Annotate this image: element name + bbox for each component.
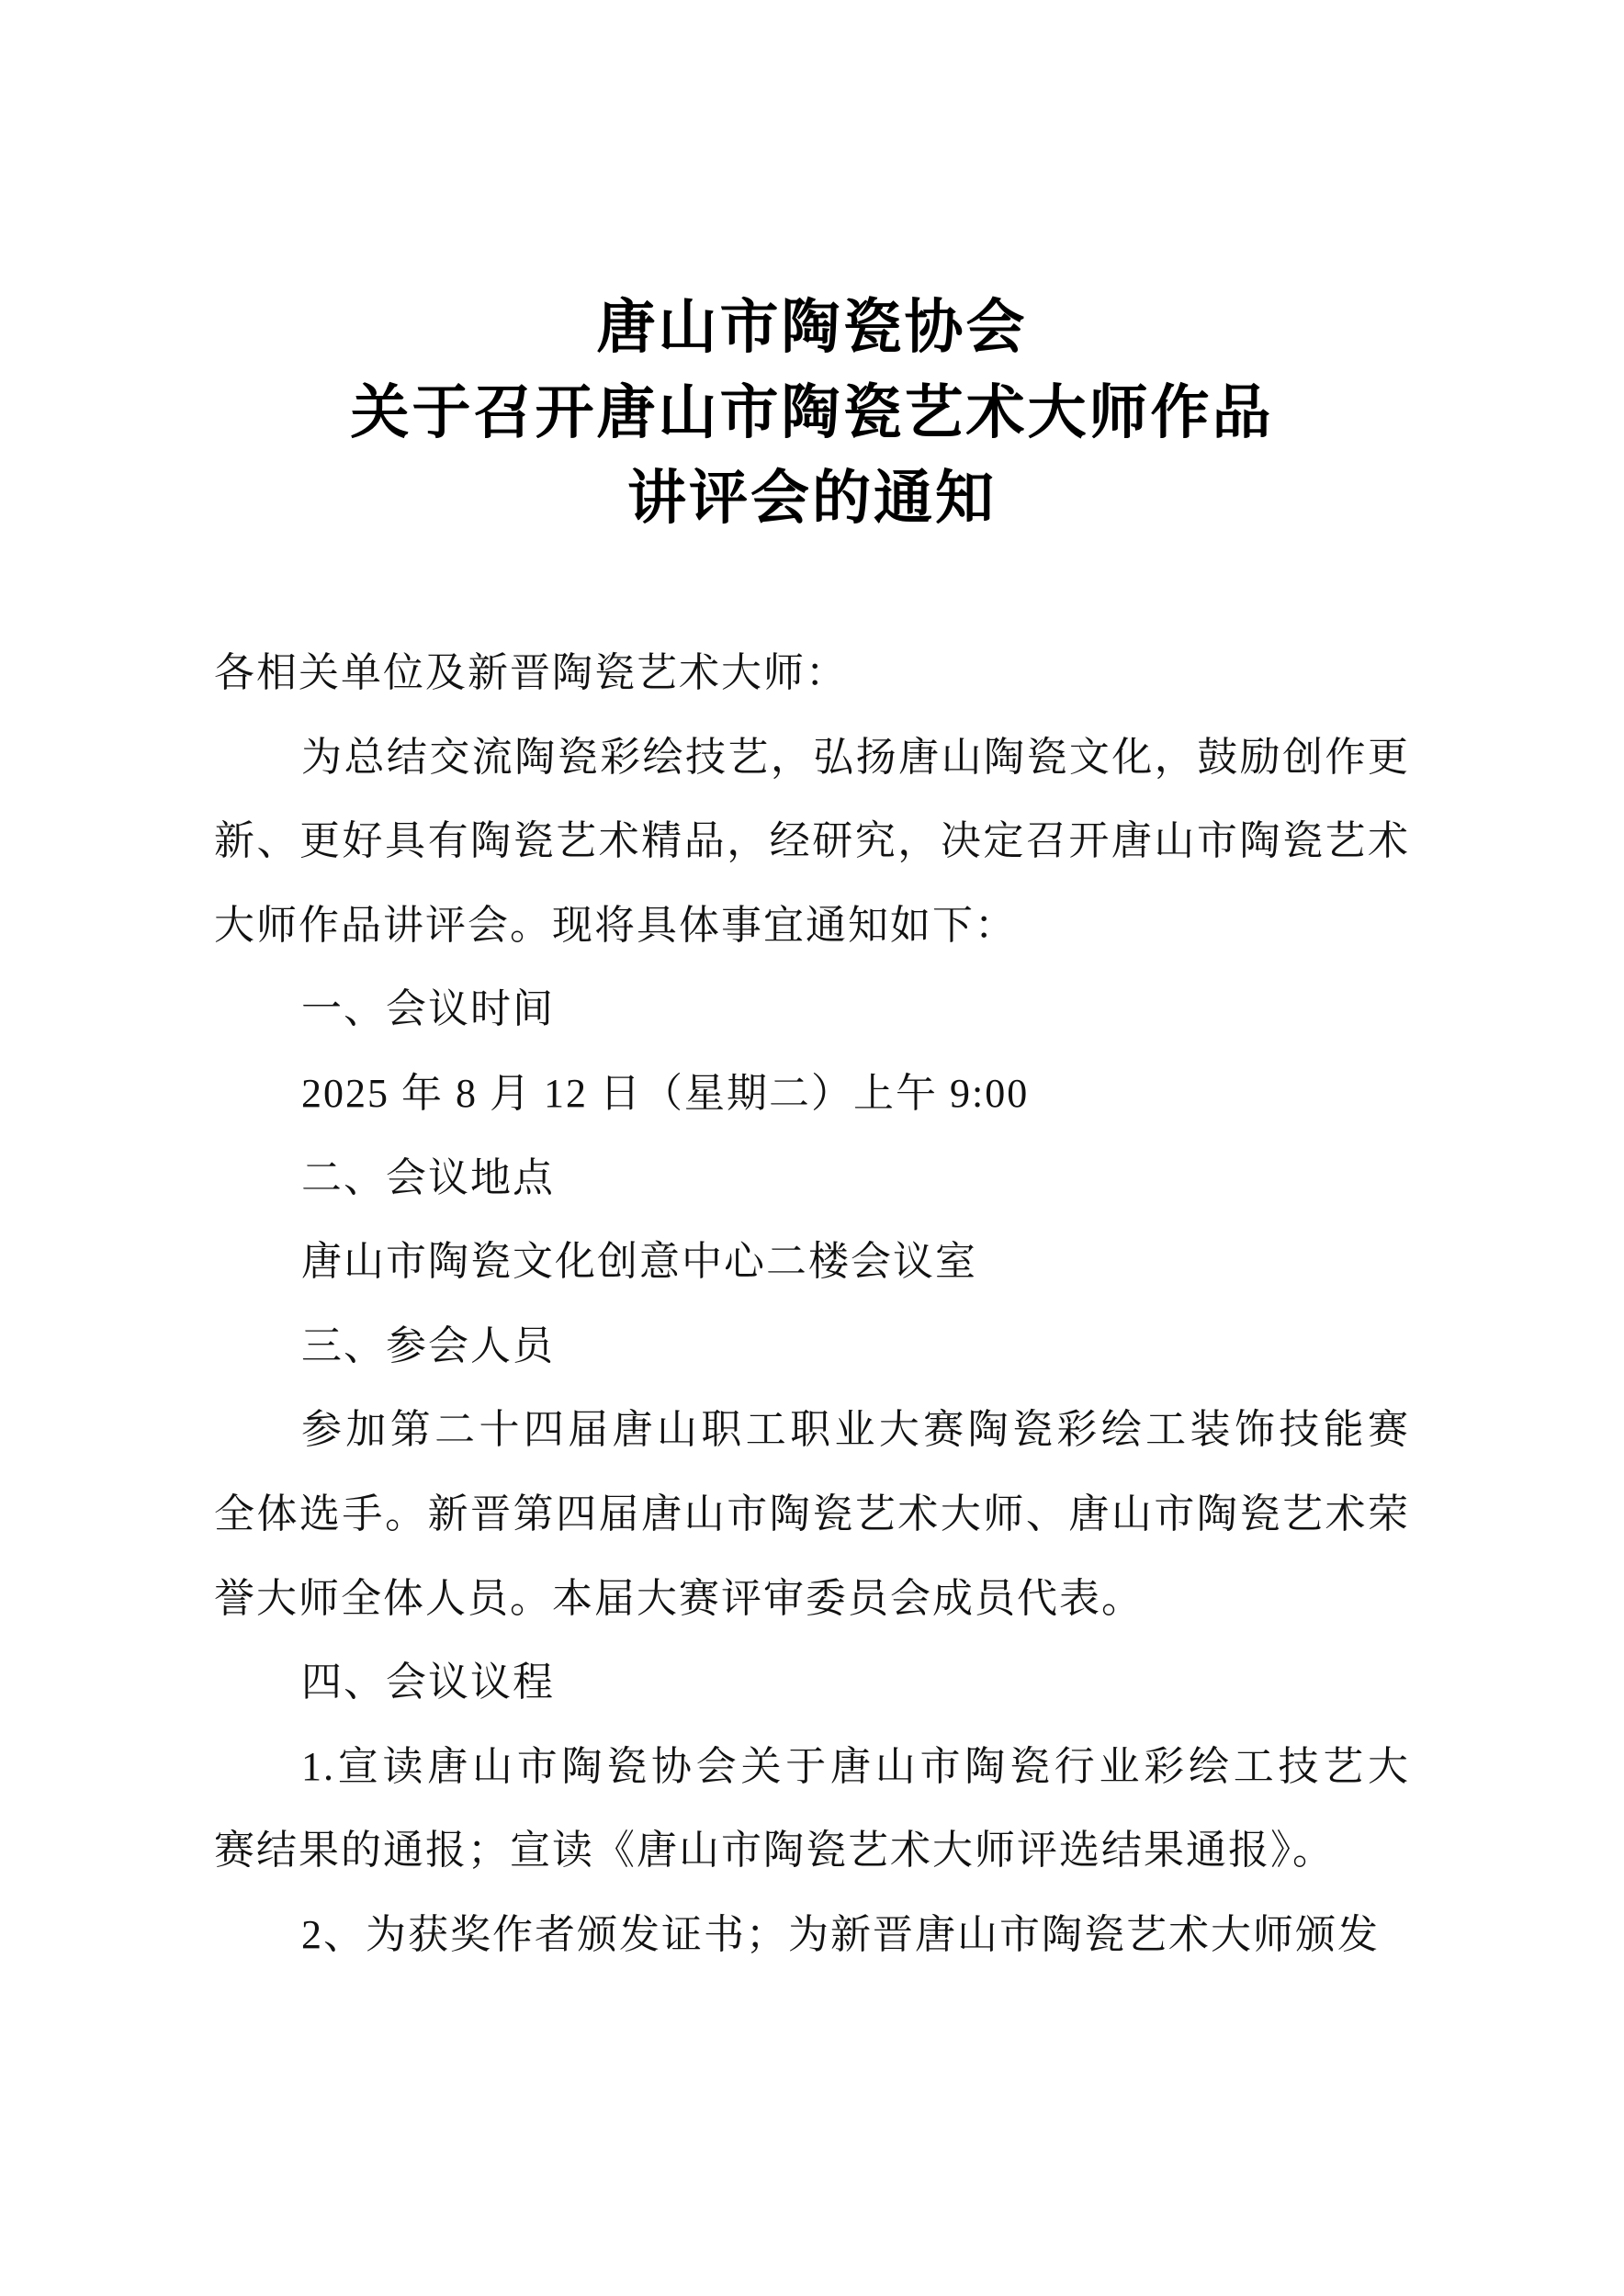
text-line: 2025 年 8 月 12 日（星期二）上午 9:00: [214, 1052, 1410, 1136]
text-line: 1.宣读唐山市陶瓷协会关于唐山市陶瓷行业彩绘工技艺大: [214, 1725, 1410, 1809]
text-line: 赛结果的通报；宣读《唐山市陶瓷艺术大师评选结果通报》。: [214, 1808, 1410, 1893]
paragraph-attendees: 参加第二十四届唐山职工职业大赛陶瓷彩绘工装饰技能赛 全体选手。新晋第四届唐山市陶…: [214, 1388, 1410, 1640]
page: 唐山市陶瓷协会 关于召开唐山市陶瓷艺术大师作品 讲评会的通知 各相关单位及新晋陶…: [0, 0, 1624, 2296]
text-line: 唐山市陶瓷文化创意中心二楼会议室: [214, 1220, 1410, 1304]
text-line: 四、会议议程: [214, 1640, 1410, 1725]
paragraph-agenda-item-1: 1.宣读唐山市陶瓷协会关于唐山市陶瓷行业彩绘工技艺大 赛结果的通报；宣读《唐山市…: [214, 1725, 1410, 1893]
text-line: 为总结交流陶瓷彩绘技艺，弘扬唐山陶瓷文化，鼓励创作更: [214, 715, 1410, 800]
paragraph-heading-attendees: 三、参会人员: [214, 1304, 1410, 1389]
text-line: 2、为获奖作者颁发证书；为新晋唐山市陶瓷艺术大师颁发: [214, 1893, 1410, 1977]
text-line: 各相关单位及新晋陶瓷艺术大师：: [214, 631, 1410, 715]
text-line: 参加第二十四届唐山职工职业大赛陶瓷彩绘工装饰技能赛: [214, 1388, 1410, 1472]
text-line: 大师作品讲评会。现将具体事宜通知如下：: [214, 884, 1410, 968]
paragraph-heading-meeting-place: 二、会议地点: [214, 1136, 1410, 1221]
paragraph-meeting-place: 唐山市陶瓷文化创意中心二楼会议室: [214, 1220, 1410, 1304]
paragraph-salutation: 各相关单位及新晋陶瓷艺术大师：: [214, 631, 1410, 715]
text-line: 新、更好具有陶瓷艺术精品，经研究，决定召开唐山市陶瓷艺术: [214, 799, 1410, 884]
paragraph-intro: 为总结交流陶瓷彩绘技艺，弘扬唐山陶瓷文化，鼓励创作更 新、更好具有陶瓷艺术精品，…: [214, 715, 1410, 968]
title-line-1: 唐山市陶瓷协会: [0, 285, 1624, 370]
text-line: 三、参会人员: [214, 1304, 1410, 1389]
paragraph-meeting-time: 2025 年 8 月 12 日（星期二）上午 9:00: [214, 1052, 1410, 1136]
title-line-3: 讲评会的通知: [0, 456, 1624, 541]
notice-title: 唐山市陶瓷协会 关于召开唐山市陶瓷艺术大师作品 讲评会的通知: [0, 285, 1624, 541]
text-line: 一、会议时间: [214, 967, 1410, 1052]
paragraph-heading-agenda: 四、会议议程: [214, 1640, 1410, 1725]
paragraph-agenda-item-2: 2、为获奖作者颁发证书；为新晋唐山市陶瓷艺术大师颁发: [214, 1893, 1410, 1977]
text-line: 二、会议地点: [214, 1136, 1410, 1221]
paragraph-heading-meeting-time: 一、会议时间: [214, 967, 1410, 1052]
notice-body: 各相关单位及新晋陶瓷艺术大师： 为总结交流陶瓷彩绘技艺，弘扬唐山陶瓷文化，鼓励创…: [0, 631, 1624, 1977]
title-line-2: 关于召开唐山市陶瓷艺术大师作品: [0, 370, 1624, 456]
text-line: 誉大师全体人员。本届大赛评审委员会成员代表。: [214, 1557, 1410, 1641]
text-line: 全体选手。新晋第四届唐山市陶瓷艺术大师、唐山市陶瓷艺术荣: [214, 1472, 1410, 1557]
